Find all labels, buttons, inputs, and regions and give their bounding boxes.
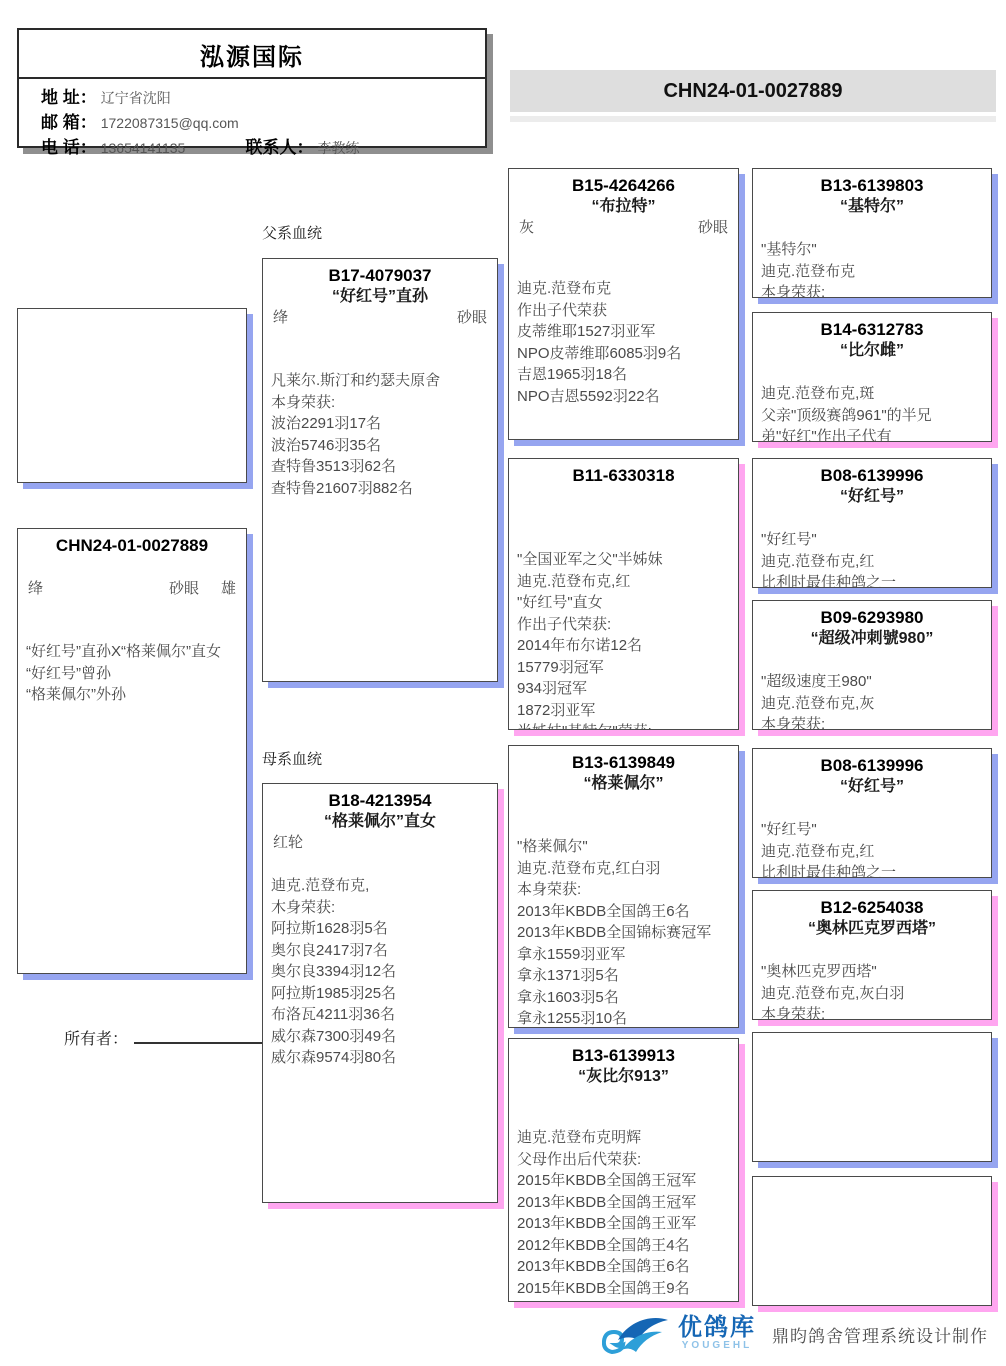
- bird-name: [517, 486, 730, 507]
- ring-banner: CHN24-01-0027889: [510, 70, 996, 112]
- great-grandparent-box-3: B08-6139996 “好红号” "好红号" 迪克.范登布克,红 比利时最佳种…: [752, 458, 992, 588]
- owner-blank-line: [134, 1028, 272, 1044]
- brand-text: 优鸽库 YOUGEHL: [678, 1316, 756, 1352]
- traits-row: 灰 砂眼: [517, 217, 730, 238]
- company-name: 泓源国际: [19, 30, 485, 79]
- bird-name: “基特尔”: [761, 196, 983, 217]
- traits-row: 绛 砂眼: [271, 307, 489, 328]
- great-grandparent-box-8-empty: [752, 1176, 992, 1306]
- bird-name: “格莱佩尔”: [517, 773, 730, 794]
- maternal-line-label: 母系血统: [262, 748, 322, 769]
- bird-name: “奥林匹克罗西塔”: [761, 918, 983, 939]
- bird-notes: 迪克.范登布克明辉 父母作出后代荣获: 2015年KBDB全国鸽王冠军 2013…: [517, 1127, 730, 1299]
- bird-notes: "基特尔" 迪克.范登布克 本身荣获:: [761, 239, 983, 298]
- pedigree-page: 泓源国际 地 址：辽宁省沈阳 邮 箱：1722087315@qq.com 电 话…: [0, 0, 1006, 1366]
- father-box: B17-4079037 “好红号”直孙 绛 砂眼 凡莱尔.斯汀和约瑟夫原舍 本身…: [262, 258, 498, 682]
- bird-notes: "超级速度王980" 迪克.范登布克,灰 本身荣获:: [761, 671, 983, 730]
- traits-row: 绛 砂眼雄: [26, 578, 238, 599]
- yougeku-logo-icon: [602, 1310, 670, 1358]
- ring-number: B17-4079037: [271, 265, 489, 286]
- sex-value: 雄: [221, 580, 236, 597]
- paternal-line-label: 父系血统: [262, 222, 322, 243]
- address-value: 辽宁省沈阳: [101, 90, 171, 106]
- brand-name-en: YOUGEHL: [682, 1340, 752, 1352]
- contact-label: 联系人：: [246, 138, 314, 157]
- eye-value: 砂眼: [457, 307, 487, 328]
- ring-number: B08-6139996: [761, 465, 983, 486]
- great-grandparent-box-6: B12-6254038 “奥林匹克罗西塔” "奥林匹克罗西塔" 迪克.范登布克,…: [752, 890, 992, 1020]
- ring-number: B12-6254038: [761, 897, 983, 918]
- ring-number: B09-6293980: [761, 607, 983, 628]
- bird-notes: "格莱佩尔" 迪克.范登布克,红白羽 本身荣获: 2013年KBDB全国鸽王6名…: [517, 836, 730, 1028]
- ring-number: B14-6312783: [761, 319, 983, 340]
- color-value: 绛: [273, 307, 288, 328]
- color-value: 红轮: [273, 832, 303, 853]
- owner-label: 所有者：: [64, 1031, 128, 1048]
- company-card: 泓源国际 地 址：辽宁省沈阳 邮 箱：1722087315@qq.com 电 话…: [17, 28, 487, 148]
- ring-number: B13-6139849: [517, 752, 730, 773]
- email-row: 邮 箱：1722087315@qq.com: [41, 111, 485, 136]
- ring-number: B18-4213954: [271, 790, 489, 811]
- bird-notes: "全国亚军之父"半姊妹 迪克.范登布克,红 "好红号"直女 作出子代荣获: 20…: [517, 549, 730, 730]
- footer: 优鸽库 YOUGEHL 鼎昀鸽舍管理系统设计制作: [602, 1310, 988, 1358]
- ring-number: B13-6139803: [761, 175, 983, 196]
- bird-name: “比尔雌”: [761, 340, 983, 361]
- color-value: 绛: [28, 578, 43, 599]
- banner-strip: [510, 116, 996, 122]
- address-row: 地 址：辽宁省沈阳: [41, 86, 485, 111]
- bird-name: “超级冲刺號980”: [761, 628, 983, 649]
- ring-number: B11-6330318: [517, 465, 730, 486]
- bird-notes: 迪克.范登布克,斑 父亲"顶级赛鸽961"的半兄 弟"好红"作出子代有: [761, 383, 983, 442]
- bird-name: “好红号”: [761, 776, 983, 797]
- contact-value: 李教练: [318, 140, 360, 156]
- great-grandparent-box-7-empty: [752, 1032, 992, 1162]
- owner-row: 所有者：: [64, 1026, 272, 1049]
- great-grandparent-box-1: B13-6139803 “基特尔” "基特尔" 迪克.范登布克 本身荣获:: [752, 168, 992, 298]
- grandfather-paternal-box: B15-4264266 “布拉特” 灰 砂眼 迪克.范登布克 作出子代荣获 皮蒂…: [508, 168, 739, 440]
- bird-name: “格莱佩尔”直女: [271, 811, 489, 832]
- grandmother-paternal-box: B11-6330318 "全国亚军之父"半姊妹 迪克.范登布克,红 "好红号"直…: [508, 458, 739, 730]
- email-label: 邮 箱：: [41, 113, 97, 132]
- company-info: 地 址：辽宁省沈阳 邮 箱：1722087315@qq.com 电 话：1365…: [19, 79, 485, 161]
- ring-number: B15-4264266: [517, 175, 730, 196]
- phone-value: 13654141135: [101, 140, 186, 156]
- photo-placeholder-box: [17, 308, 247, 483]
- eye-sex-values: 砂眼雄: [147, 578, 236, 599]
- bird-notes: “好红号”直孙X“格莱佩尔”直女 “好红号”曾孙 “格莱佩尔”外孙: [26, 641, 238, 706]
- color-value: 灰: [519, 217, 534, 238]
- great-grandparent-box-4: B09-6293980 “超级冲刺號980” "超级速度王980" 迪克.范登布…: [752, 600, 992, 730]
- email-value: 1722087315@qq.com: [101, 115, 239, 131]
- bird-name: “好红号”直孙: [271, 286, 489, 307]
- traits-row: 红轮: [271, 832, 489, 853]
- eye-value: 砂眼: [698, 217, 728, 238]
- ring-number: CHN24-01-0027889: [26, 535, 238, 556]
- ring-number: B08-6139996: [761, 755, 983, 776]
- brand-name-cn: 优鸽库: [678, 1316, 756, 1340]
- phone-row: 电 话：13654141135 联系人：李教练: [41, 136, 485, 161]
- grandfather-maternal-box: B13-6139849 “格莱佩尔” "格莱佩尔" 迪克.范登布克,红白羽 本身…: [508, 745, 739, 1028]
- bird-notes: 迪克.范登布克 作出子代荣获 皮蒂维耶1527羽亚军 NPO皮蒂维耶6085羽9…: [517, 278, 730, 407]
- great-grandparent-box-5: B08-6139996 “好红号” "好红号" 迪克.范登布克,红 比利时最佳种…: [752, 748, 992, 878]
- grandmother-maternal-box: B13-6139913 “灰比尔913” 迪克.范登布克明辉 父母作出后代荣获:…: [508, 1038, 739, 1302]
- mother-box: B18-4213954 “格莱佩尔”直女 红轮 迪克.范登布克, 木身荣获: 阿…: [262, 783, 498, 1203]
- address-label: 地 址：: [41, 88, 97, 107]
- ring-number: B13-6139913: [517, 1045, 730, 1066]
- bird-notes: "好红号" 迪克.范登布克,红 比利时最佳种鸽之一: [761, 529, 983, 588]
- bird-notes: 凡莱尔.斯汀和约瑟夫原舍 本身荣获: 波治2291羽17名 波治5746羽35名…: [271, 370, 489, 499]
- phone-label: 电 话：: [41, 138, 97, 157]
- bird-notes: 迪克.范登布克, 木身荣获: 阿拉斯1628羽5名 奥尔良2417羽7名 奥尔良…: [271, 875, 489, 1069]
- eye-value: 砂眼: [169, 580, 199, 597]
- bird-name: “灰比尔913”: [517, 1066, 730, 1087]
- bird-notes: "好红号" 迪克.范登布克,红 比利时最佳种鸽之一: [761, 819, 983, 878]
- bird-name: “好红号”: [761, 486, 983, 507]
- main-bird-box: CHN24-01-0027889 绛 砂眼雄 “好红号”直孙X“格莱佩尔”直女 …: [17, 528, 247, 974]
- bird-name: “布拉特”: [517, 196, 730, 217]
- bird-notes: "奥林匹克罗西塔" 迪克.范登布克,灰白羽 本身荣获:: [761, 961, 983, 1020]
- great-grandparent-box-2: B14-6312783 “比尔雌” 迪克.范登布克,斑 父亲"顶级赛鸽961"的…: [752, 312, 992, 442]
- footer-tagline: 鼎昀鸽舍管理系统设计制作: [772, 1322, 988, 1347]
